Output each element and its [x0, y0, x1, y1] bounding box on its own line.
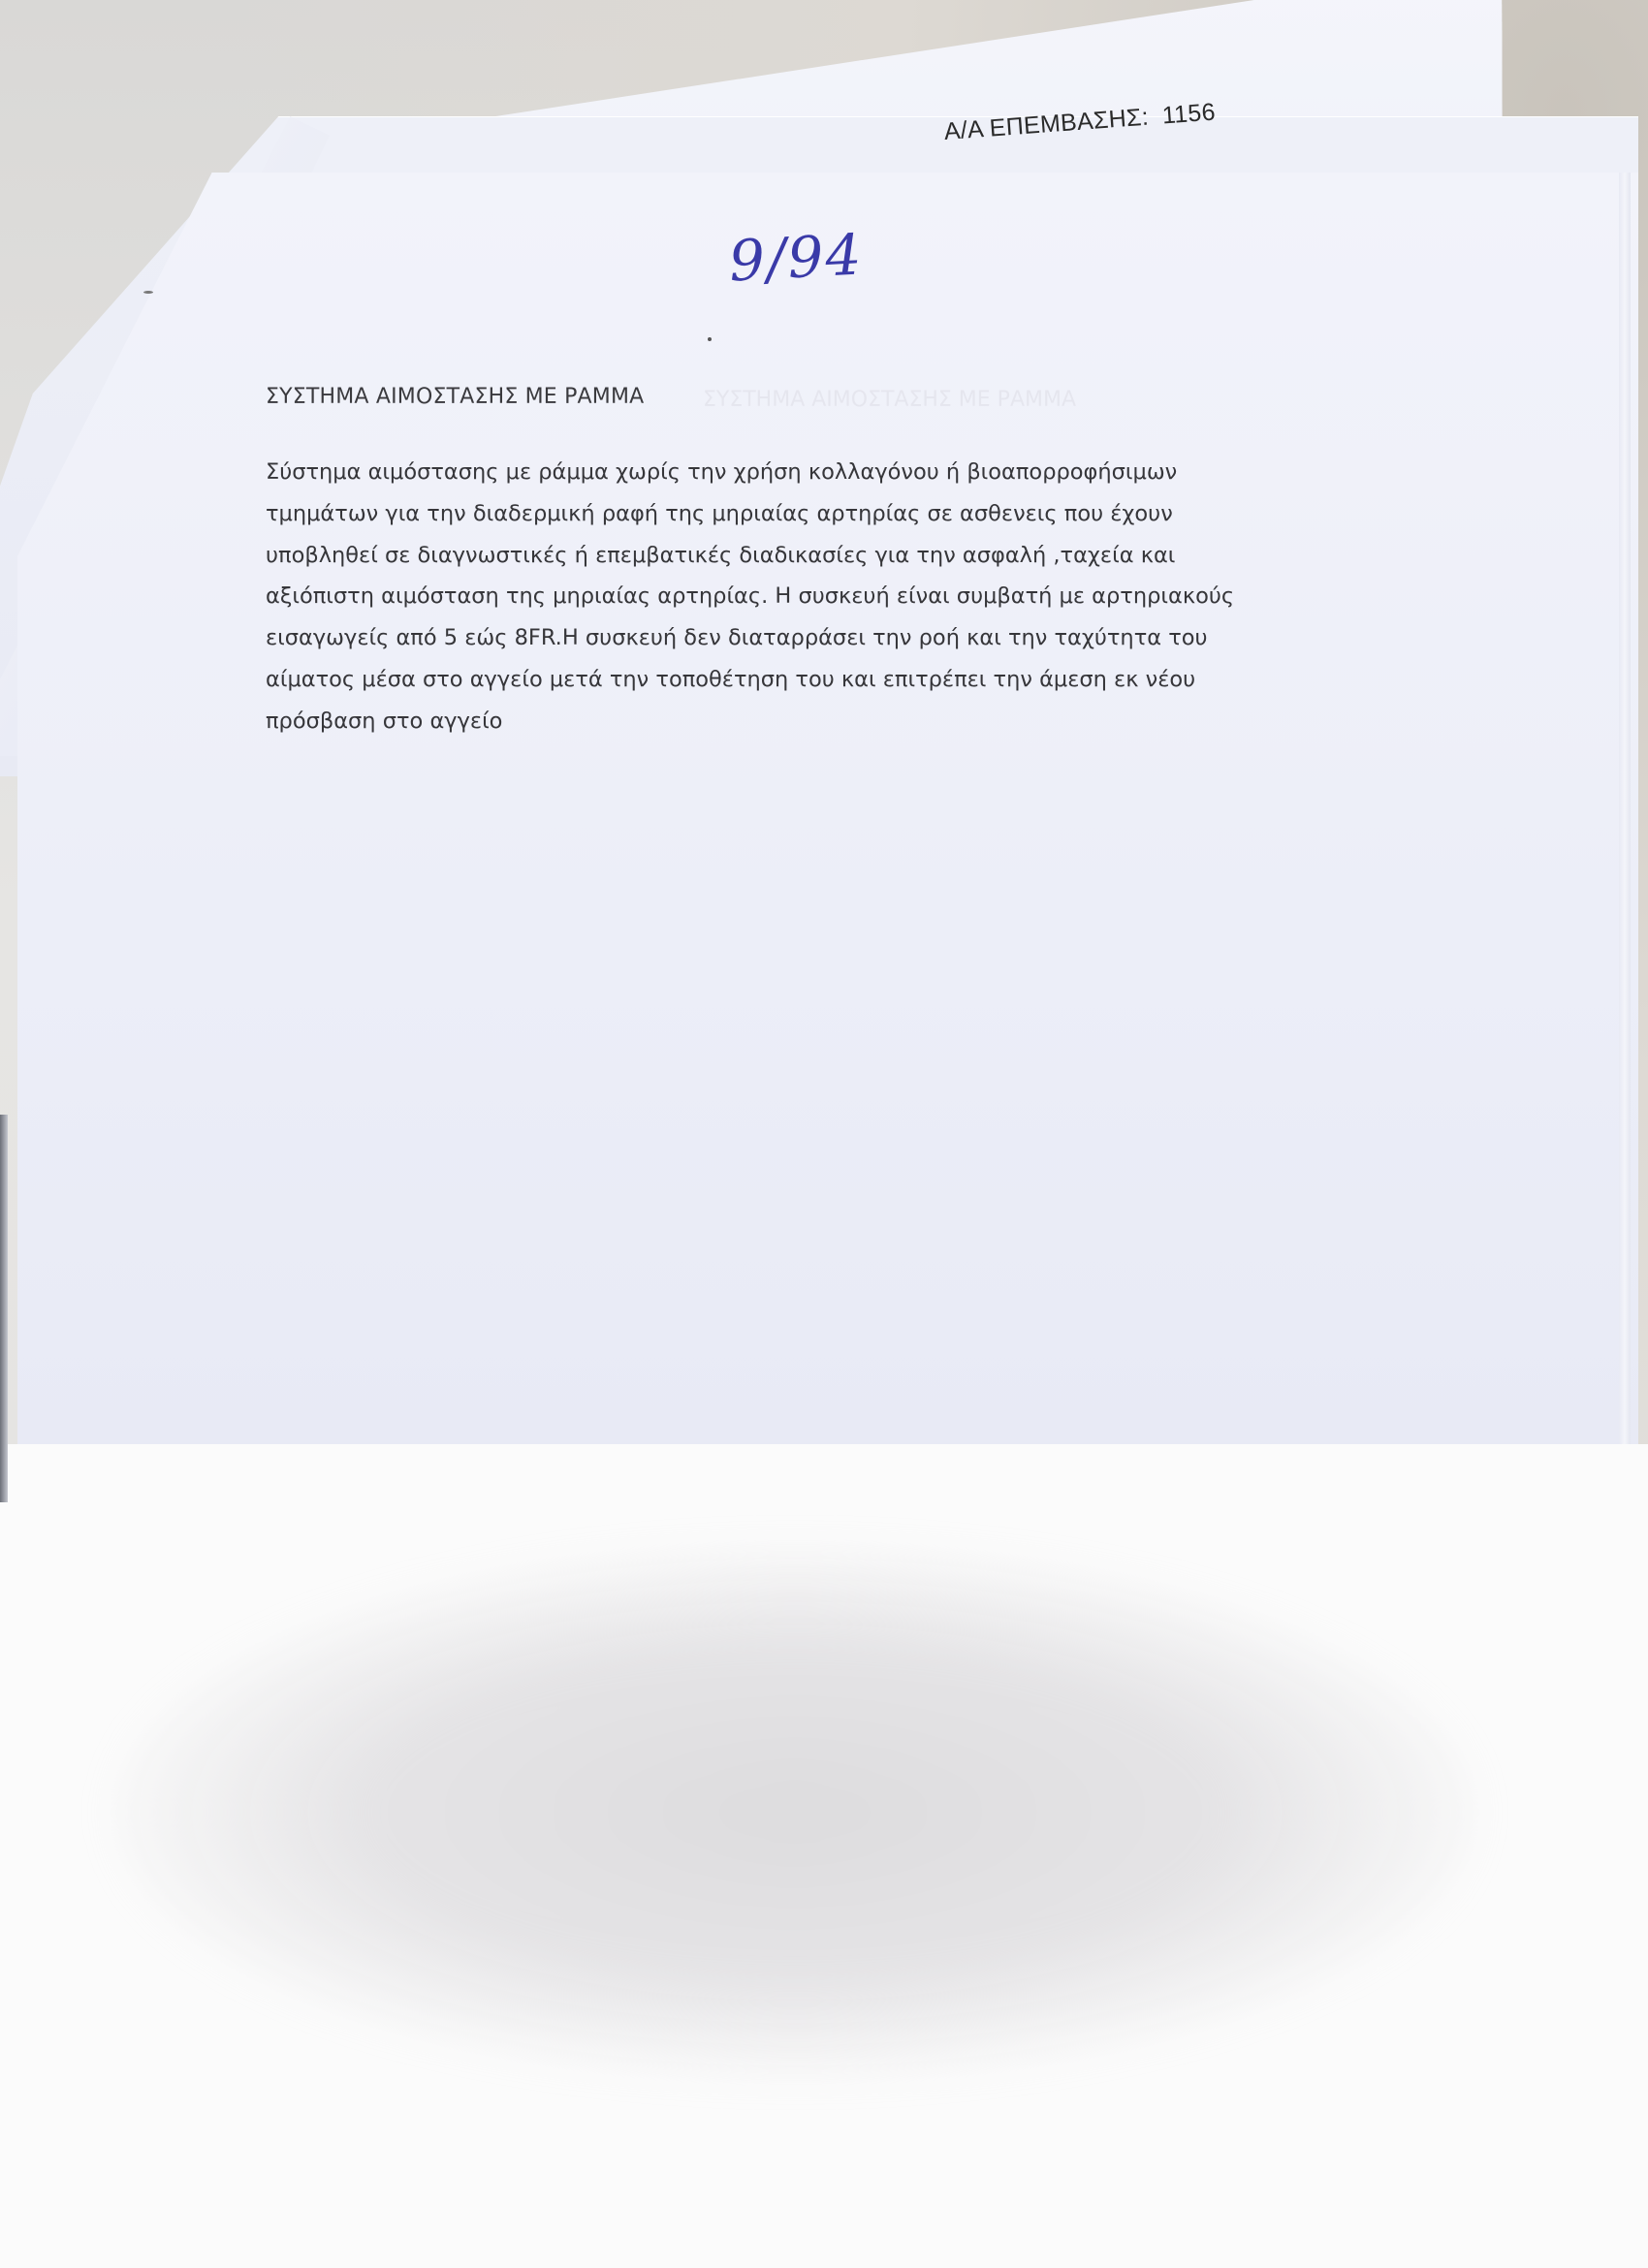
scan-edge	[0, 1115, 8, 1502]
ink-speck	[143, 291, 153, 294]
scan-shadow	[116, 1551, 1474, 2074]
body-line: υποβληθεί σε διαγνωστικές ή επεμβατικές …	[266, 535, 1351, 577]
front-sheet	[17, 173, 1638, 1452]
body-line: εισαγωγείς από 5 εώς 8FR.Η συσκευή δεν δ…	[266, 617, 1351, 659]
document-body: Σύστημα αιμόστασης με ράμμα χωρίς την χρ…	[266, 452, 1351, 742]
body-line: Σύστημα αιμόστασης με ράμμα χωρίς την χρ…	[266, 452, 1351, 493]
bleed-through-text: ΣΥΣΤΗΜΑ ΑΙΜΟΣΤΑΣΗΣ ΜΕ ΡΑΜΜΑ	[703, 388, 1076, 412]
body-line: αίματος μέσα στο αγγείο μετά την τοποθέτ…	[266, 659, 1351, 701]
body-line: πρόσβαση στο αγγείο	[266, 701, 1351, 742]
body-line: αξιόπιστη αιμόσταση της μηριαίας αρτηρία…	[266, 576, 1351, 617]
ink-speck	[708, 337, 712, 341]
body-line: τμημάτων για την διαδερμική ραφή της μηρ…	[266, 493, 1351, 535]
document-title: ΣΥΣΤΗΜΑ ΑΙΜΟΣΤΑΣΗΣ ΜΕ ΡΑΜΜΑ	[266, 385, 644, 409]
handwritten-note: 9/94	[727, 221, 865, 294]
procedure-reference-value: 1156	[1161, 99, 1217, 130]
